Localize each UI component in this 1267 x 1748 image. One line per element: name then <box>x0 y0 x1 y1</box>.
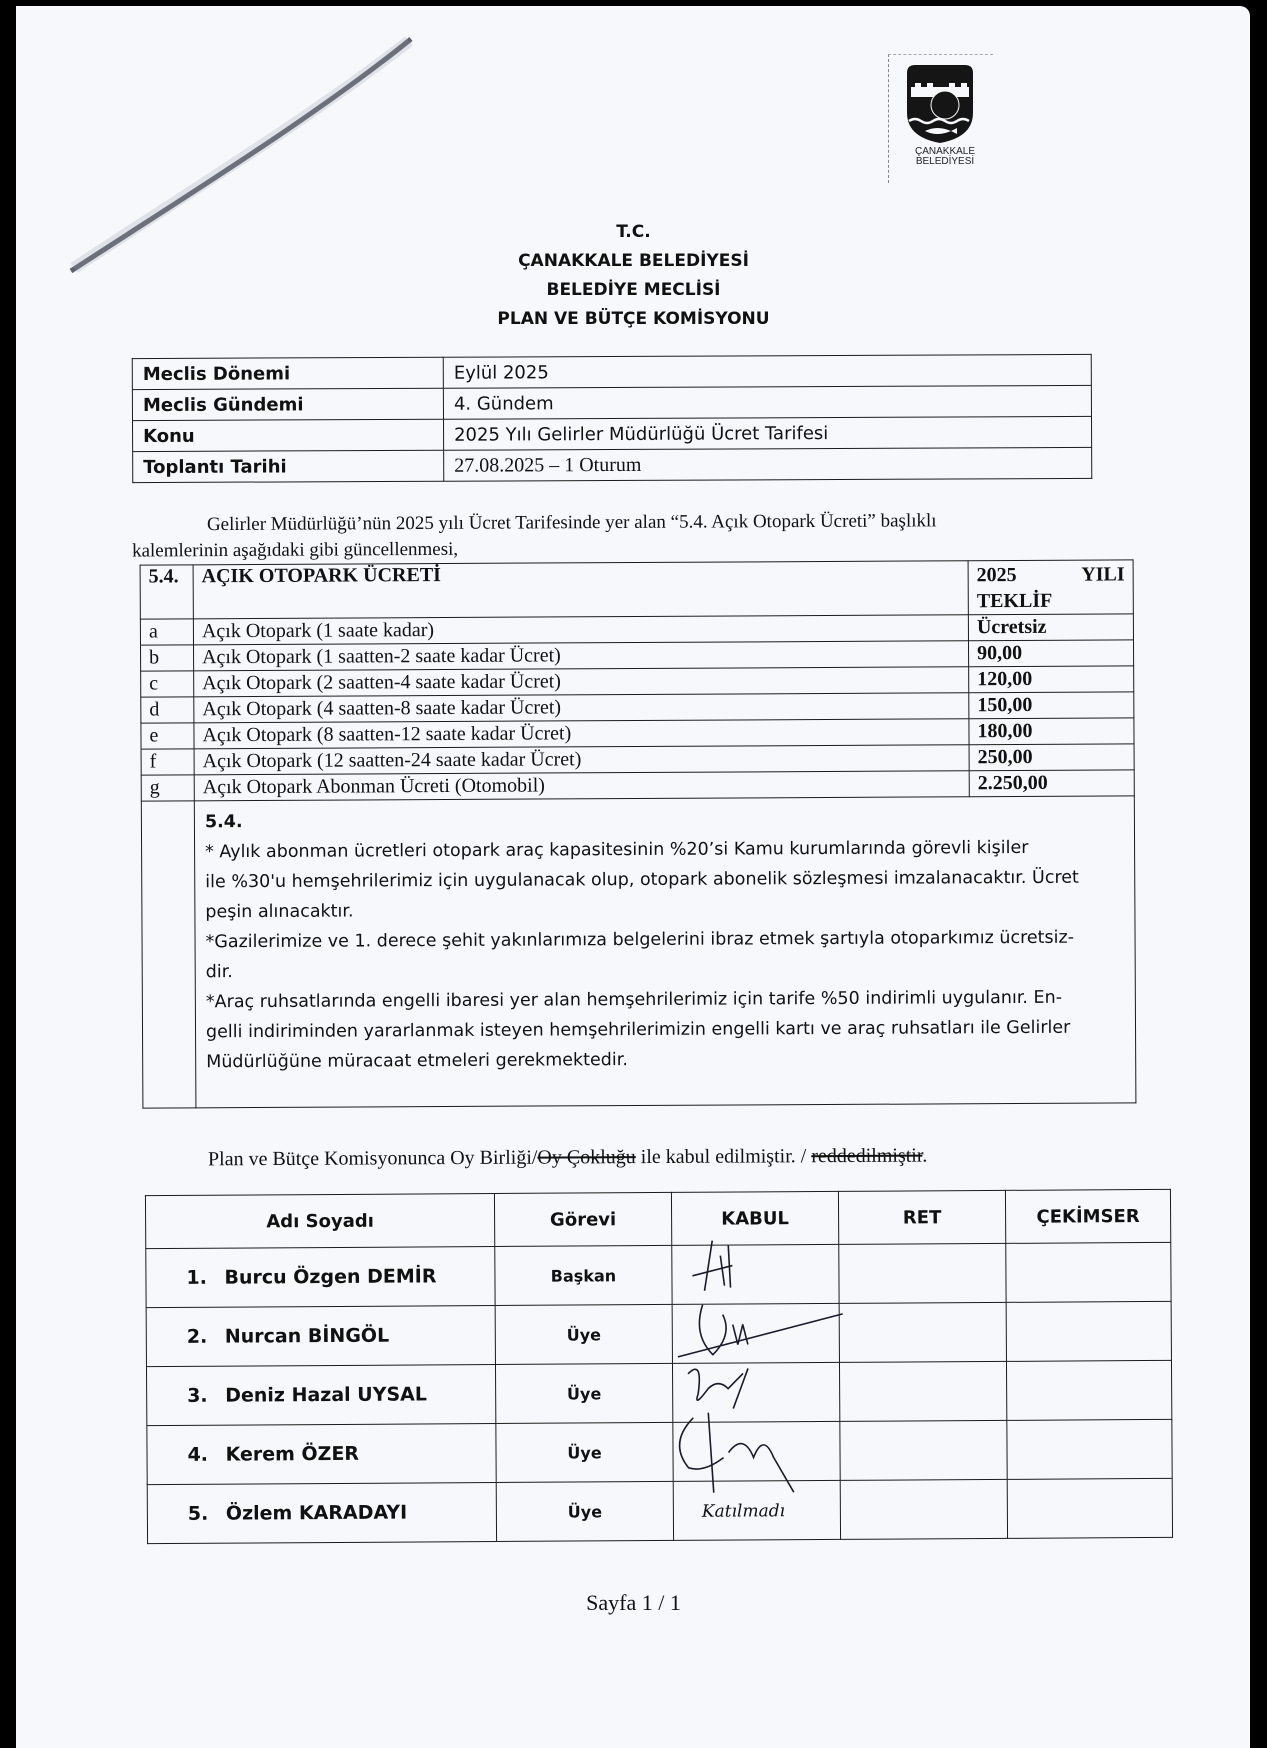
logo-text-line2: BELEDİYESİ <box>901 157 989 167</box>
member-row: 3.Deniz Hazal UYSALÜye <box>146 1360 1171 1425</box>
note-line: peşin alınacaktır. <box>205 892 1124 927</box>
notes-title: 5.4. <box>205 802 1124 837</box>
item-description: Açık Otopark (1 saate kadar) <box>193 615 968 645</box>
handwritten-note: Katılmadı <box>682 1501 785 1522</box>
price-header-yili: YILI <box>1081 561 1124 587</box>
item-description: Açık Otopark (2 saatten-4 saate kadar Üc… <box>194 667 969 697</box>
handwritten-signature-icon <box>673 1412 823 1483</box>
member-name: Özlem KARADAYI <box>226 1502 407 1525</box>
tariff-notes: 5.4. * Aylık abonman ücretleri otopark a… <box>194 796 1136 1108</box>
price-header-teklif: TEKLİF <box>977 587 1125 614</box>
member-row: 5.Özlem KARADAYIÜyeKatılmadı <box>147 1478 1172 1543</box>
reject-cell <box>840 1420 1007 1480</box>
item-price: 250,00 <box>969 744 1134 771</box>
note-line: gelli indiriminden yararlanmak isteyen h… <box>206 1012 1125 1047</box>
item-code: b <box>141 645 194 671</box>
note-line: dir. <box>206 952 1125 987</box>
price-header-year: 2025 <box>977 562 1017 588</box>
abstain-cell <box>1006 1242 1171 1302</box>
item-price: 90,00 <box>968 640 1133 667</box>
section-title: AÇIK OTOPARK ÜCRETİ <box>193 561 968 619</box>
member-name: Burcu Özgen DEMİR <box>224 1265 436 1288</box>
price-header: 2025 YILI TEKLİF <box>968 560 1133 615</box>
castle-amphora-emblem-icon <box>903 63 977 145</box>
item-description: Açık Otopark (4 saatten-8 saate kadar Üc… <box>194 693 969 723</box>
note-line: Müdürlüğüne müracaat etmeleri gerekmekte… <box>206 1042 1125 1077</box>
member-name: Kerem ÖZER <box>225 1443 359 1466</box>
member-number: 5. <box>188 1503 226 1525</box>
member-role: Üye <box>496 1481 673 1541</box>
member-role: Başkan <box>495 1245 672 1305</box>
vote-table: Adı Soyadı Görevi KABUL RET ÇEKİMSER 1.B… <box>145 1189 1173 1544</box>
item-description: Açık Otopark (1 saatten-2 saate kadar Üc… <box>194 641 969 671</box>
reject-cell <box>839 1243 1006 1303</box>
meta-label: Konu <box>133 419 444 451</box>
header-name: Adı Soyadı <box>145 1194 494 1249</box>
member-role: Üye <box>496 1422 673 1482</box>
decision-suffix: . <box>922 1145 927 1167</box>
member-name: Deniz Hazal UYSAL <box>225 1383 427 1406</box>
note-line: *Araç ruhsatlarında engelli ibaresi yer … <box>206 982 1125 1017</box>
meta-row: Toplantı Tarihi 27.08.2025 – 1 Oturum <box>133 447 1092 482</box>
municipality-logo: ÇANAKKALE BELEDİYESİ <box>888 54 993 183</box>
decision-prefix: Plan ve Bütçe Komisyonunca Oy Birliği/ <box>208 1147 538 1171</box>
accept-cell <box>673 1421 840 1481</box>
meta-label: Toplantı Tarihi <box>133 450 444 482</box>
item-description: Açık Otopark (8 saatten-12 saate kadar Ü… <box>194 719 969 749</box>
reject-cell <box>839 1302 1006 1362</box>
member-name-cell: 1.Burcu Özgen DEMİR <box>146 1247 495 1308</box>
intro-paragraph: Gelirler Müdürlüğü’nün 2025 yılı Ücret T… <box>132 507 1092 564</box>
meta-value: 2025 Yılı Gelirler Müdürlüğü Ücret Tarif… <box>444 416 1092 450</box>
abstain-cell <box>1006 1301 1171 1361</box>
meta-value: 4. Gündem <box>443 385 1091 419</box>
meta-row: Konu 2025 Yılı Gelirler Müdürlüğü Ücret … <box>133 416 1092 451</box>
item-code: f <box>141 749 194 775</box>
item-description: Açık Otopark (12 saatten-24 saate kadar … <box>194 745 969 775</box>
heading-tc: T.C. <box>0 218 1267 247</box>
member-number: 2. <box>187 1326 225 1348</box>
member-name-cell: 4.Kerem ÖZER <box>147 1423 496 1484</box>
meta-value: 27.08.2025 – 1 Oturum <box>444 447 1092 481</box>
member-number: 3. <box>187 1385 225 1407</box>
member-number: 1. <box>186 1267 224 1289</box>
document-heading: T.C. ÇANAKKALE BELEDİYESİ BELEDİYE MECLİ… <box>0 218 1267 334</box>
reject-cell <box>840 1479 1007 1539</box>
meeting-info-table: Meclis Dönemi Eylül 2025 Meclis Gündemi … <box>132 354 1093 483</box>
heading-council: BELEDİYE MECLİSİ <box>0 276 1267 305</box>
member-number: 4. <box>187 1444 225 1466</box>
member-row: 2.Nurcan BİNGÖLÜye <box>146 1301 1171 1366</box>
abstain-cell <box>1007 1478 1172 1538</box>
header-abstain: ÇEKİMSER <box>1005 1189 1170 1243</box>
note-line: *Gazilerimize ve 1. derece şehit yakınla… <box>205 922 1124 957</box>
item-price: 120,00 <box>969 666 1134 693</box>
item-price: 180,00 <box>969 718 1134 745</box>
member-row: 4.Kerem ÖZERÜye <box>147 1419 1172 1484</box>
decision-struck-rejected: reddedilmiştir <box>811 1145 922 1168</box>
decision-struck-majority: Oy Çokluğu <box>537 1146 635 1169</box>
item-code: c <box>141 671 194 697</box>
decision-middle: ile kabul edilmiştir. / <box>636 1145 812 1168</box>
item-price: 150,00 <box>969 692 1134 719</box>
intro-line: Gelirler Müdürlüğü’nün 2025 yılı Ücret T… <box>207 510 937 535</box>
member-row: 1.Burcu Özgen DEMİRBaşkan <box>146 1242 1171 1307</box>
abstain-cell <box>1006 1360 1171 1420</box>
tariff-notes-row: 5.4. * Aylık abonman ücretleri otopark a… <box>141 796 1136 1108</box>
note-line: * Aylık abonman ücretleri otopark araç k… <box>205 832 1124 867</box>
item-code: a <box>140 619 193 645</box>
meta-value: Eylül 2025 <box>443 354 1091 388</box>
item-price: Ücretsiz <box>968 614 1133 641</box>
tariff-table: 5.4. AÇIK OTOPARK ÜCRETİ 2025 YILI TEKLİ… <box>140 559 1137 1108</box>
member-name-cell: 3.Deniz Hazal UYSAL <box>146 1364 495 1425</box>
item-code: g <box>141 775 194 801</box>
heading-municipality: ÇANAKKALE BELEDİYESİ <box>0 247 1267 276</box>
page-number: Sayfa 1 / 1 <box>0 1590 1267 1616</box>
meta-row: Meclis Dönemi Eylül 2025 <box>132 354 1091 389</box>
member-role: Üye <box>495 1304 672 1364</box>
note-line: ile %30'u hemşehrilerimiz için uygulanac… <box>205 862 1124 897</box>
section-code: 5.4. <box>140 565 193 619</box>
vote-header-row: Adı Soyadı Görevi KABUL RET ÇEKİMSER <box>145 1189 1170 1248</box>
item-price: 2.250,00 <box>969 770 1134 797</box>
header-role: Görevi <box>494 1192 671 1246</box>
notes-code-cell <box>141 801 196 1108</box>
decision-statement: Plan ve Bütçe Komisyonunca Oy Birliği/Oy… <box>208 1144 1108 1172</box>
heading-commission: PLAN VE BÜTÇE KOMİSYONU <box>0 305 1267 334</box>
item-description: Açık Otopark Abonman Ücreti (Otomobil) <box>194 771 969 801</box>
member-name: Nurcan BİNGÖL <box>225 1325 389 1348</box>
tariff-header-row: 5.4. AÇIK OTOPARK ÜCRETİ 2025 YILI TEKLİ… <box>140 560 1133 619</box>
meta-row: Meclis Gündemi 4. Gündem <box>132 385 1091 420</box>
abstain-cell <box>1007 1419 1172 1479</box>
meta-label: Meclis Dönemi <box>132 357 443 389</box>
header-reject: RET <box>838 1190 1005 1244</box>
meta-label: Meclis Gündemi <box>132 388 443 420</box>
accept-cell: Katılmadı <box>673 1480 840 1540</box>
member-name-cell: 5.Özlem KARADAYI <box>147 1482 496 1543</box>
item-code: e <box>141 723 194 749</box>
member-name-cell: 2.Nurcan BİNGÖL <box>146 1305 495 1366</box>
reject-cell <box>839 1361 1006 1421</box>
item-code: d <box>141 697 194 723</box>
member-role: Üye <box>495 1363 672 1423</box>
